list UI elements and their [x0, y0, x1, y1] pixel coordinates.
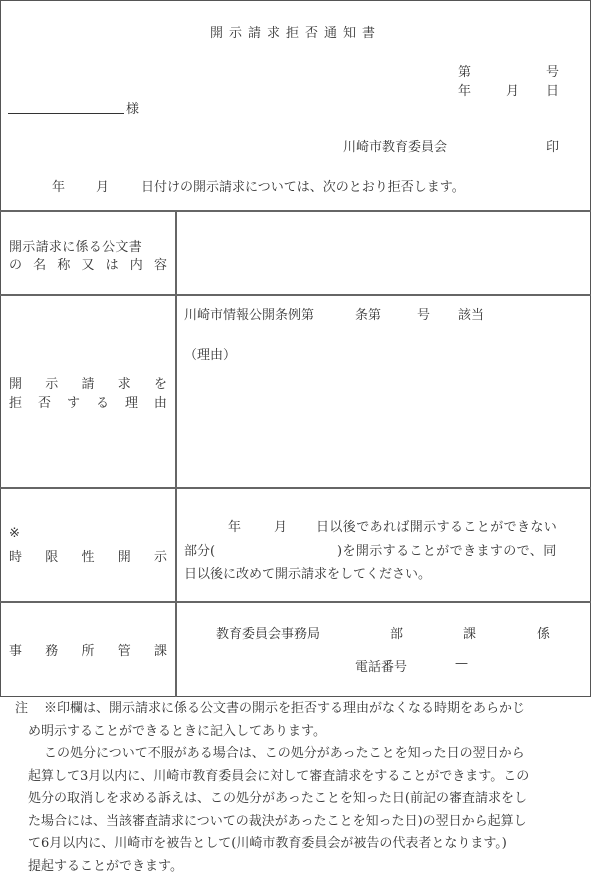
ordinance-item: 号 — [417, 304, 430, 323]
number-suffix: 号 — [546, 61, 559, 80]
label-char: は — [106, 254, 119, 273]
addressee-blank-line[interactable] — [8, 113, 124, 114]
label-char: 由 — [154, 392, 167, 411]
timed-month: 月 — [274, 516, 287, 535]
label-char: 称 — [57, 254, 70, 273]
label-char: の — [9, 254, 22, 273]
label-char: 請 — [81, 373, 94, 392]
label-char: を — [154, 373, 167, 392]
label-char: 否 — [38, 392, 51, 411]
row2-label-line2: 拒 否 す る 理 由 — [9, 392, 167, 411]
ordinance-prefix: 川崎市情報公開条例第 — [184, 304, 314, 323]
notes-line-7: て6月以内に、川崎市を被告として(川崎市教育委員会が被告の代表者となります。) — [28, 832, 507, 851]
label-char: 事 — [9, 640, 22, 659]
document-title: 開示請求拒否通知書 — [0, 22, 591, 41]
row4-label: 事 務 所 管 課 — [9, 640, 167, 659]
notes-line-8: 提起することができます。 — [28, 855, 183, 874]
ordinance-applicable: 該当 — [458, 304, 484, 323]
phone-label: 電話番号 — [355, 656, 407, 675]
row-divider-3 — [0, 601, 591, 603]
office-section: 課 — [463, 623, 476, 642]
label-char: 限 — [45, 546, 58, 565]
date-year: 年 — [458, 80, 471, 99]
label-char: 性 — [81, 546, 94, 565]
label-char: 理 — [125, 392, 138, 411]
row1-label-line2: の 名 称 又 は 内 容 — [9, 254, 167, 273]
timed-line3: 日以後に改めて開示請求をしてください。 — [184, 563, 431, 582]
row2-label-line1: 開 示 請 求 を — [9, 373, 167, 392]
label-char: 内 — [130, 254, 143, 273]
row-divider-2 — [0, 487, 591, 489]
label-char: す — [67, 392, 80, 411]
row1-label-line1: 開示請求に係る公文書 — [9, 236, 142, 255]
label-char: 示 — [45, 373, 58, 392]
label-char: 示 — [154, 546, 167, 565]
label-char: 開 — [118, 546, 131, 565]
intro-text: 日付けの開示請求については、次のとおり拒否します。 — [141, 176, 465, 195]
label-char: 所 — [81, 640, 94, 659]
notes-line-1: ※印欄は、開示請求に係る公文書の開示を拒否する理由がなくなる時期をあらかじ — [44, 697, 525, 716]
phone-value: — — [455, 656, 468, 671]
office-name: 教育委員会事務局 — [216, 623, 320, 642]
notes-line-5: 処分の取消しを求める訴えは、この処分があったことを知った日(前記の審査請求をし — [28, 787, 527, 806]
office-unit: 係 — [537, 623, 550, 642]
label-char: 又 — [81, 254, 94, 273]
notice-form-frame — [0, 0, 591, 697]
date-day: 日 — [546, 80, 559, 99]
column-divider — [175, 210, 177, 697]
row-divider-1 — [0, 294, 591, 296]
timed-line2-b: )を開示することができますので、同 — [337, 540, 557, 559]
row3-mark: ※ — [9, 526, 20, 541]
ordinance-article: 条第 — [355, 304, 381, 323]
label-char: 時 — [9, 546, 22, 565]
notes-line-6: た場合には、当該審査請求についての裁決があったことを知った日)の翌日から起算し — [28, 810, 527, 829]
row3-label: 時 限 性 開 示 — [9, 546, 167, 565]
intro-month: 月 — [96, 176, 109, 195]
issuer-name: 川崎市教育委員会 — [343, 136, 447, 155]
notes-prefix: 注 — [15, 697, 28, 716]
label-char: 管 — [118, 640, 131, 659]
notes-line-3: この処分について不服がある場合は、この処分があったことを知った日の翌日から — [44, 742, 525, 761]
addressee-suffix: 様 — [126, 98, 139, 117]
number-prefix: 第 — [458, 61, 471, 80]
timed-year: 年 — [228, 516, 241, 535]
document-name-field[interactable] — [178, 212, 589, 294]
label-char: 拒 — [9, 392, 22, 411]
notes-line-2: め明示することができるときに記入してあります。 — [28, 720, 326, 739]
intro-year: 年 — [52, 176, 65, 195]
label-char: 名 — [33, 254, 46, 273]
label-char: る — [96, 392, 109, 411]
timed-line1: 日以後であれば開示することができない — [316, 516, 557, 535]
label-char: 開 — [9, 373, 22, 392]
label-char: 求 — [118, 373, 131, 392]
label-char: 課 — [154, 640, 167, 659]
notes-line-4: 起算して3月以内に、川崎市教育委員会に対して審査請求をすることができます。この — [28, 765, 529, 784]
label-char: 容 — [154, 254, 167, 273]
label-char: 務 — [45, 640, 58, 659]
office-dept: 部 — [390, 623, 403, 642]
date-month: 月 — [506, 80, 519, 99]
timed-line2-a: 部分( — [184, 540, 215, 559]
reason-label: （理由） — [184, 344, 236, 363]
seal-mark: 印 — [546, 136, 559, 155]
